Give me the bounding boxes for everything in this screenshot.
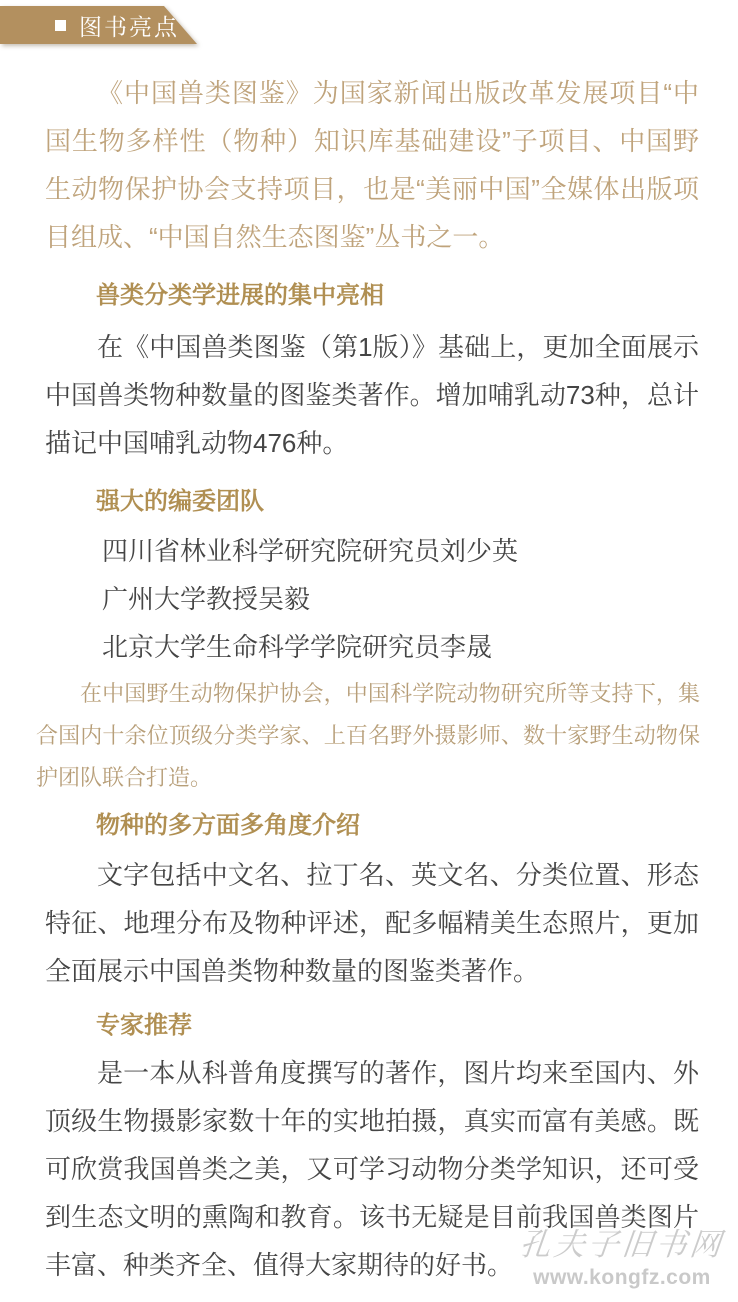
section-heading-expert-recommendation: 专家推荐: [96, 1011, 693, 1041]
kongfz-watermark: 孔夫子旧书网 www.kongfz.com: [520, 1219, 724, 1290]
section-heading-taxonomy: 兽类分类学进展的集中亮相: [96, 281, 693, 311]
editorial-member: 四川省林业科学研究院研究员刘少英: [102, 527, 693, 575]
editorial-team-note: 在中国野生动物保护协会，中国科学院动物研究所等支持下，集合国内十余位顶级分类学家…: [36, 673, 700, 799]
section-body-species-intro: 文字包括中文名、拉丁名、英文名、分类位置、形态特征、地理分布及物种评述，配多幅精…: [45, 851, 699, 995]
bullet-square-icon: [55, 20, 66, 31]
editorial-member: 广州大学教授吴毅: [102, 575, 693, 623]
section-heading-editorial-team: 强大的编委团队: [96, 487, 693, 517]
ribbon-banner: 图书亮点: [0, 6, 197, 44]
watermark-site-name: 孔夫子旧书网: [518, 1219, 727, 1264]
editorial-member: 北京大学生命科学学院研究员李晟: [102, 623, 693, 671]
intro-paragraph: 《中国兽类图鉴》为国家新闻出版改革发展项目“中国生物多样性（物种）知识库基础建设…: [45, 69, 699, 261]
ribbon-title: 图书亮点: [79, 9, 179, 42]
watermark-site-url: www.kongfz.com: [520, 1266, 724, 1290]
section-body-taxonomy: 在《中国兽类图鉴（第1版）》基础上，更加全面展示中国兽类物种数量的图鉴类著作。增…: [45, 323, 699, 467]
content-column: 《中国兽类图鉴》为国家新闻出版改革发展项目“中国生物多样性（物种）知识库基础建设…: [0, 44, 738, 1289]
section-ribbon: 图书亮点: [0, 6, 197, 44]
section-heading-species-intro: 物种的多方面多角度介绍: [96, 811, 693, 841]
